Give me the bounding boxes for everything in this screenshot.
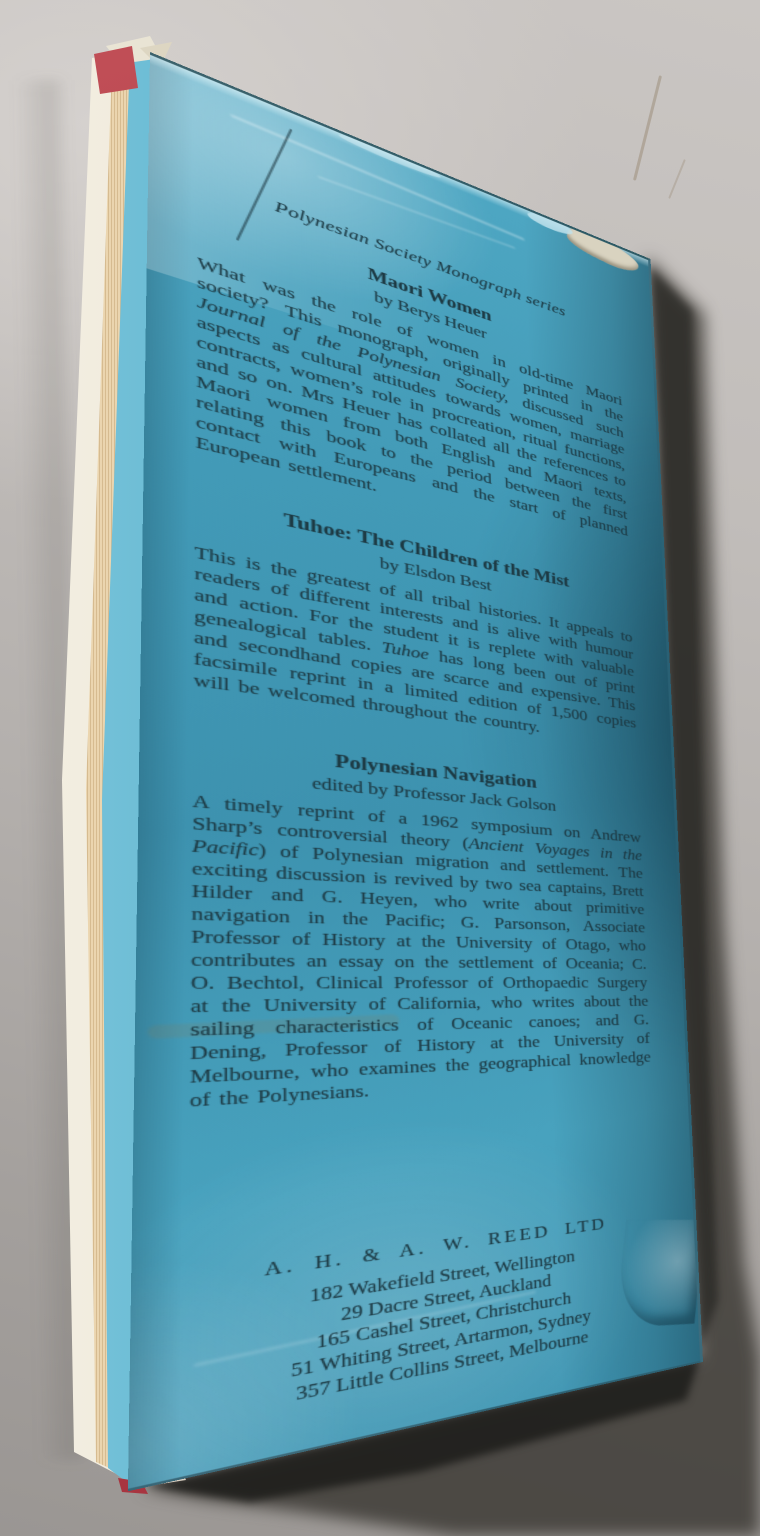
section-polynesian-navigation: Polynesian Navigation edited by Professo… <box>190 734 652 1112</box>
section-paragraph: A timely reprint of a 1962 symposium on … <box>190 790 652 1112</box>
dust-jacket-back: Polynesian Society Monograph series Maor… <box>128 52 703 1491</box>
jacket-text: Polynesian Society Monograph series Maor… <box>128 55 700 1489</box>
book-photo: Polynesian Society Monograph series Maor… <box>0 0 760 1536</box>
